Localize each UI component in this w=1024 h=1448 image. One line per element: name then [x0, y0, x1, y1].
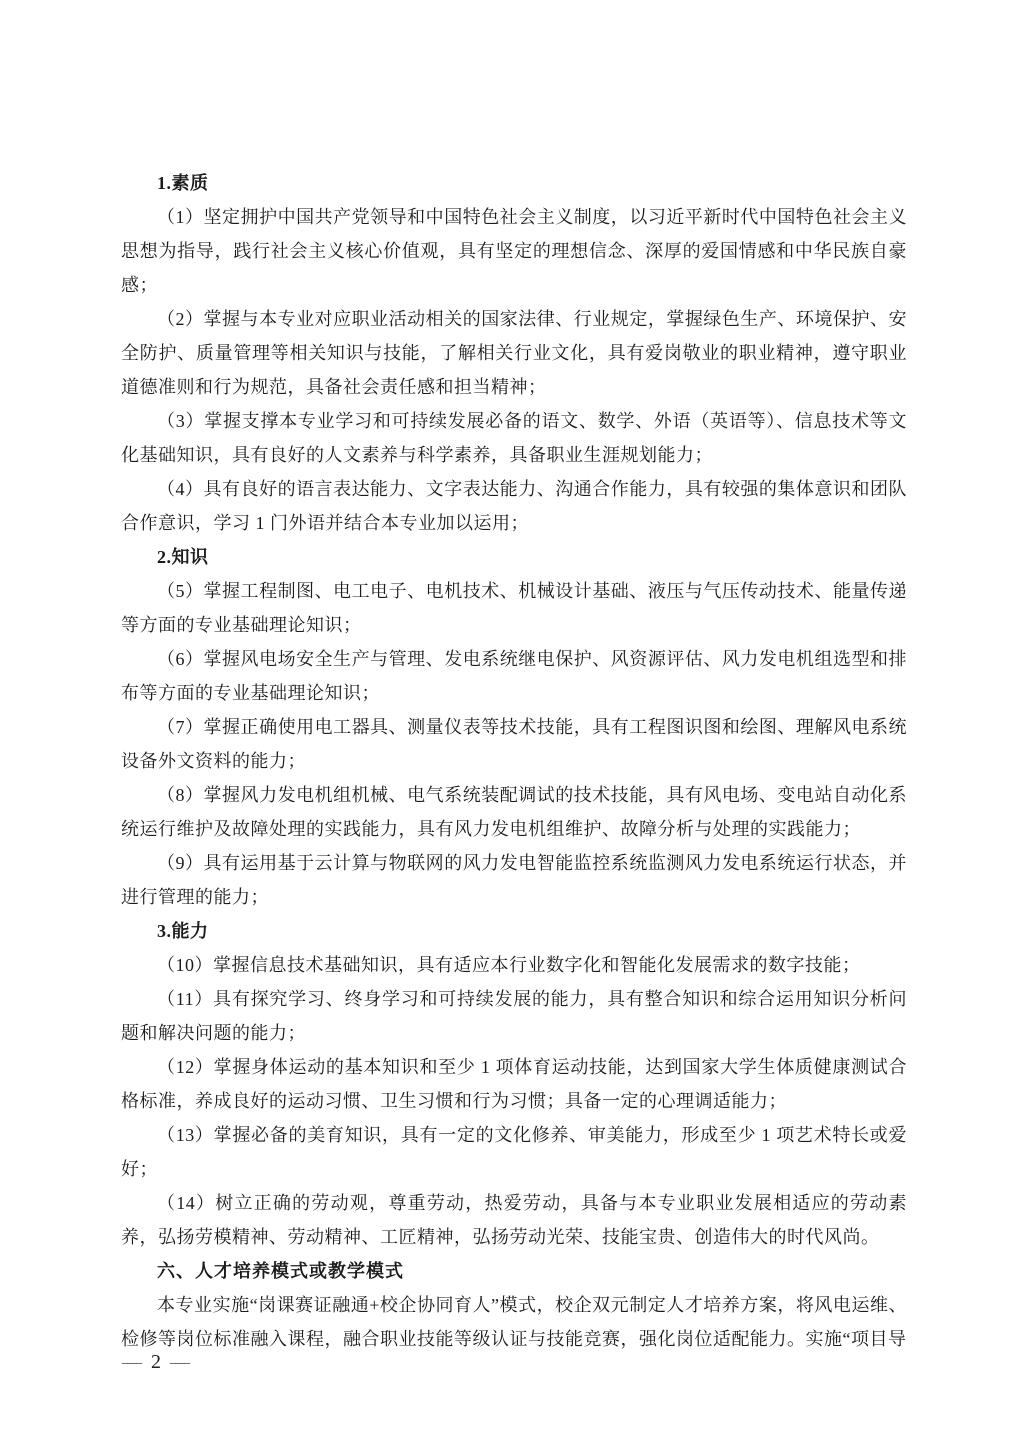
paragraph-item-6: （6）掌握风电场安全生产与管理、发电系统继电保护、风资源评估、风力发电机组选型和… — [121, 642, 907, 710]
paragraph-item-3: （3）掌握支撑本专业学习和可持续发展必备的语文、数学、外语（英语等）、信息技术等… — [121, 404, 907, 472]
section-heading-ability: 3.能力 — [121, 914, 907, 948]
paragraph-item-5: （5）掌握工程制图、电工电子、电机技术、机械设计基础、液压与气压传动技术、能量传… — [121, 574, 907, 642]
paragraph-item-14: （14）树立正确的劳动观，尊重劳动，热爱劳动，具备与本专业职业发展相适应的劳动素… — [121, 1186, 907, 1254]
paragraph-item-9: （9）具有运用基于云计算与物联网的风力发电智能监控系统监测风力发电系统运行状态，… — [121, 846, 907, 914]
document-body: 1.素质 （1）坚定拥护中国共产党领导和中国特色社会主义制度，以习近平新时代中国… — [121, 166, 907, 1356]
footer-dash-left: — — [122, 1351, 142, 1373]
footer-dash-right: — — [170, 1351, 190, 1373]
paragraph-training-mode: 本专业实施“岗课赛证融通+校企协同育人”模式，校企双元制定人才培养方案，将风电运… — [121, 1288, 907, 1356]
paragraph-item-11: （11）具有探究学习、终身学习和可持续发展的能力，具有整合知识和综合运用知识分析… — [121, 982, 907, 1050]
page-footer: —2— — [122, 1348, 190, 1376]
section-heading-quality: 1.素质 — [121, 166, 907, 200]
paragraph-item-12: （12）掌握身体运动的基本知识和至少 1 项体育运动技能，达到国家大学生体质健康… — [121, 1050, 907, 1118]
paragraph-item-1: （1）坚定拥护中国共产党领导和中国特色社会主义制度，以习近平新时代中国特色社会主… — [121, 200, 907, 302]
paragraph-item-8: （8）掌握风力发电机组机械、电气系统装配调试的技术技能，具有风电场、变电站自动化… — [121, 778, 907, 846]
section-heading-knowledge: 2.知识 — [121, 540, 907, 574]
paragraph-item-4: （4）具有良好的语言表达能力、文字表达能力、沟通合作能力，具有较强的集体意识和团… — [121, 472, 907, 540]
paragraph-item-7: （7）掌握正确使用电工器具、测量仪表等技术技能，具有工程图识图和绘图、理解风电系… — [121, 710, 907, 778]
page-number: 2 — [151, 1351, 161, 1373]
paragraph-item-2: （2）掌握与本专业对应职业活动相关的国家法律、行业规定，掌握绿色生产、环境保护、… — [121, 302, 907, 404]
paragraph-item-13: （13）掌握必备的美育知识，具有一定的文化修养、审美能力，形成至少 1 项艺术特… — [121, 1118, 907, 1186]
section-heading-training-mode: 六、人才培养模式或教学模式 — [121, 1254, 907, 1288]
paragraph-item-10: （10）掌握信息技术基础知识，具有适应本行业数字化和智能化发展需求的数字技能； — [121, 948, 907, 982]
